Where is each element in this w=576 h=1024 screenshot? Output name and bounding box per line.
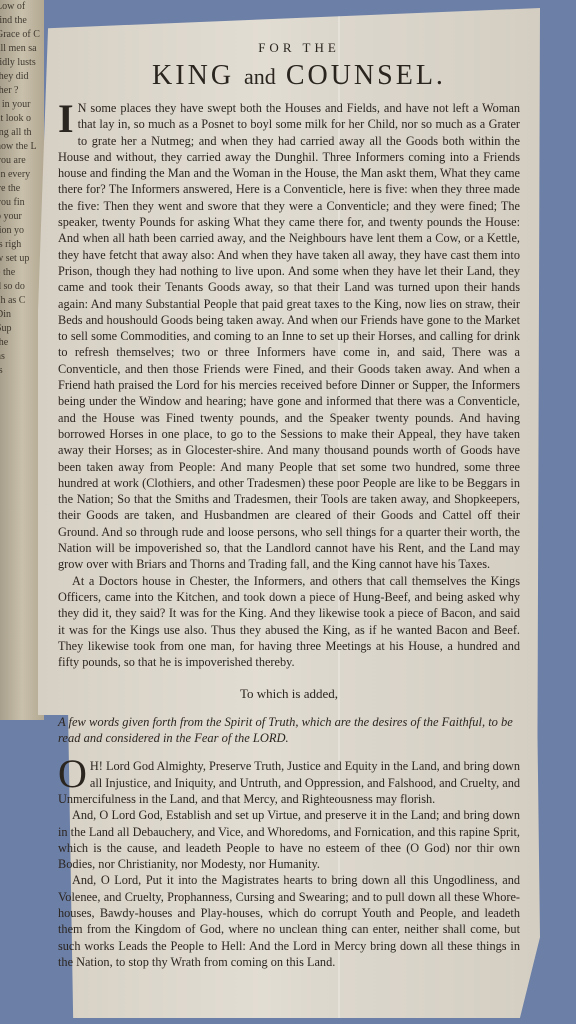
book-page-line: o your [0, 210, 44, 224]
book-page-line: ing all th [0, 126, 44, 140]
book-page-line: w set up [0, 252, 44, 266]
book-page-line: you are [0, 154, 44, 168]
book-page-line: Din [0, 308, 44, 322]
book-page-line: is righ [0, 238, 44, 252]
book-page-line: all men sa [0, 42, 44, 56]
subheading: A few words given forth from the Spirit … [58, 714, 520, 746]
book-page-line: they did [0, 70, 44, 84]
book-page-line: en every [0, 168, 44, 182]
book-page-line: ch as C [0, 294, 44, 308]
book-page-line: tion yo [0, 224, 44, 238]
book-page-line: ns [0, 350, 44, 364]
book-page-line: ridly lusts [0, 56, 44, 70]
title-kicker: FOR THE [78, 40, 520, 56]
book-page-line: ther ? [0, 84, 44, 98]
background-book-page: Low offind theGrace of Call men saridly … [0, 0, 44, 720]
book-page-line: Low of [0, 0, 44, 14]
document-content: FOR THE KING and COUNSEL. IN some places… [58, 40, 520, 970]
book-page-line: you fin [0, 196, 44, 210]
added-heading: To which is added, [58, 686, 520, 702]
book-page-line: find the [0, 14, 44, 28]
book-page-line: at look o [0, 112, 44, 126]
drop-cap-o: O [58, 758, 87, 790]
prayer-paragraph-3: And, O Lord, Put it into the Magistrates… [58, 872, 520, 970]
book-page-line: ls [0, 364, 44, 378]
prayer-paragraph-2: And, O Lord God, Establish and set up Vi… [58, 807, 520, 872]
document-title: KING and COUNSEL. [78, 60, 520, 92]
title-king: KING [152, 60, 234, 91]
book-page-line: ve the [0, 182, 44, 196]
chester-paragraph: At a Doctors house in Chester, the Infor… [58, 573, 520, 671]
book-page-line: Grace of C [0, 28, 44, 42]
book-page-line: the [0, 336, 44, 350]
book-page-line: now the L [0, 140, 44, 154]
title-and: and [244, 64, 276, 89]
prayer-section: OH! Lord God Almighty, Preserve Truth, J… [58, 758, 520, 970]
book-page-line: Sup [0, 322, 44, 336]
title-counsel: COUNSEL. [286, 60, 446, 91]
main-text: N some places they have swept both the H… [58, 101, 520, 571]
prayer-paragraph-1: OH! Lord God Almighty, Preserve Truth, J… [58, 758, 520, 807]
drop-cap-i: I [58, 102, 74, 136]
book-page-line: r in your [0, 98, 44, 112]
book-page-line: e the [0, 266, 44, 280]
book-page-line: d so do [0, 280, 44, 294]
main-paragraph: IN some places they have swept both the … [58, 100, 520, 573]
